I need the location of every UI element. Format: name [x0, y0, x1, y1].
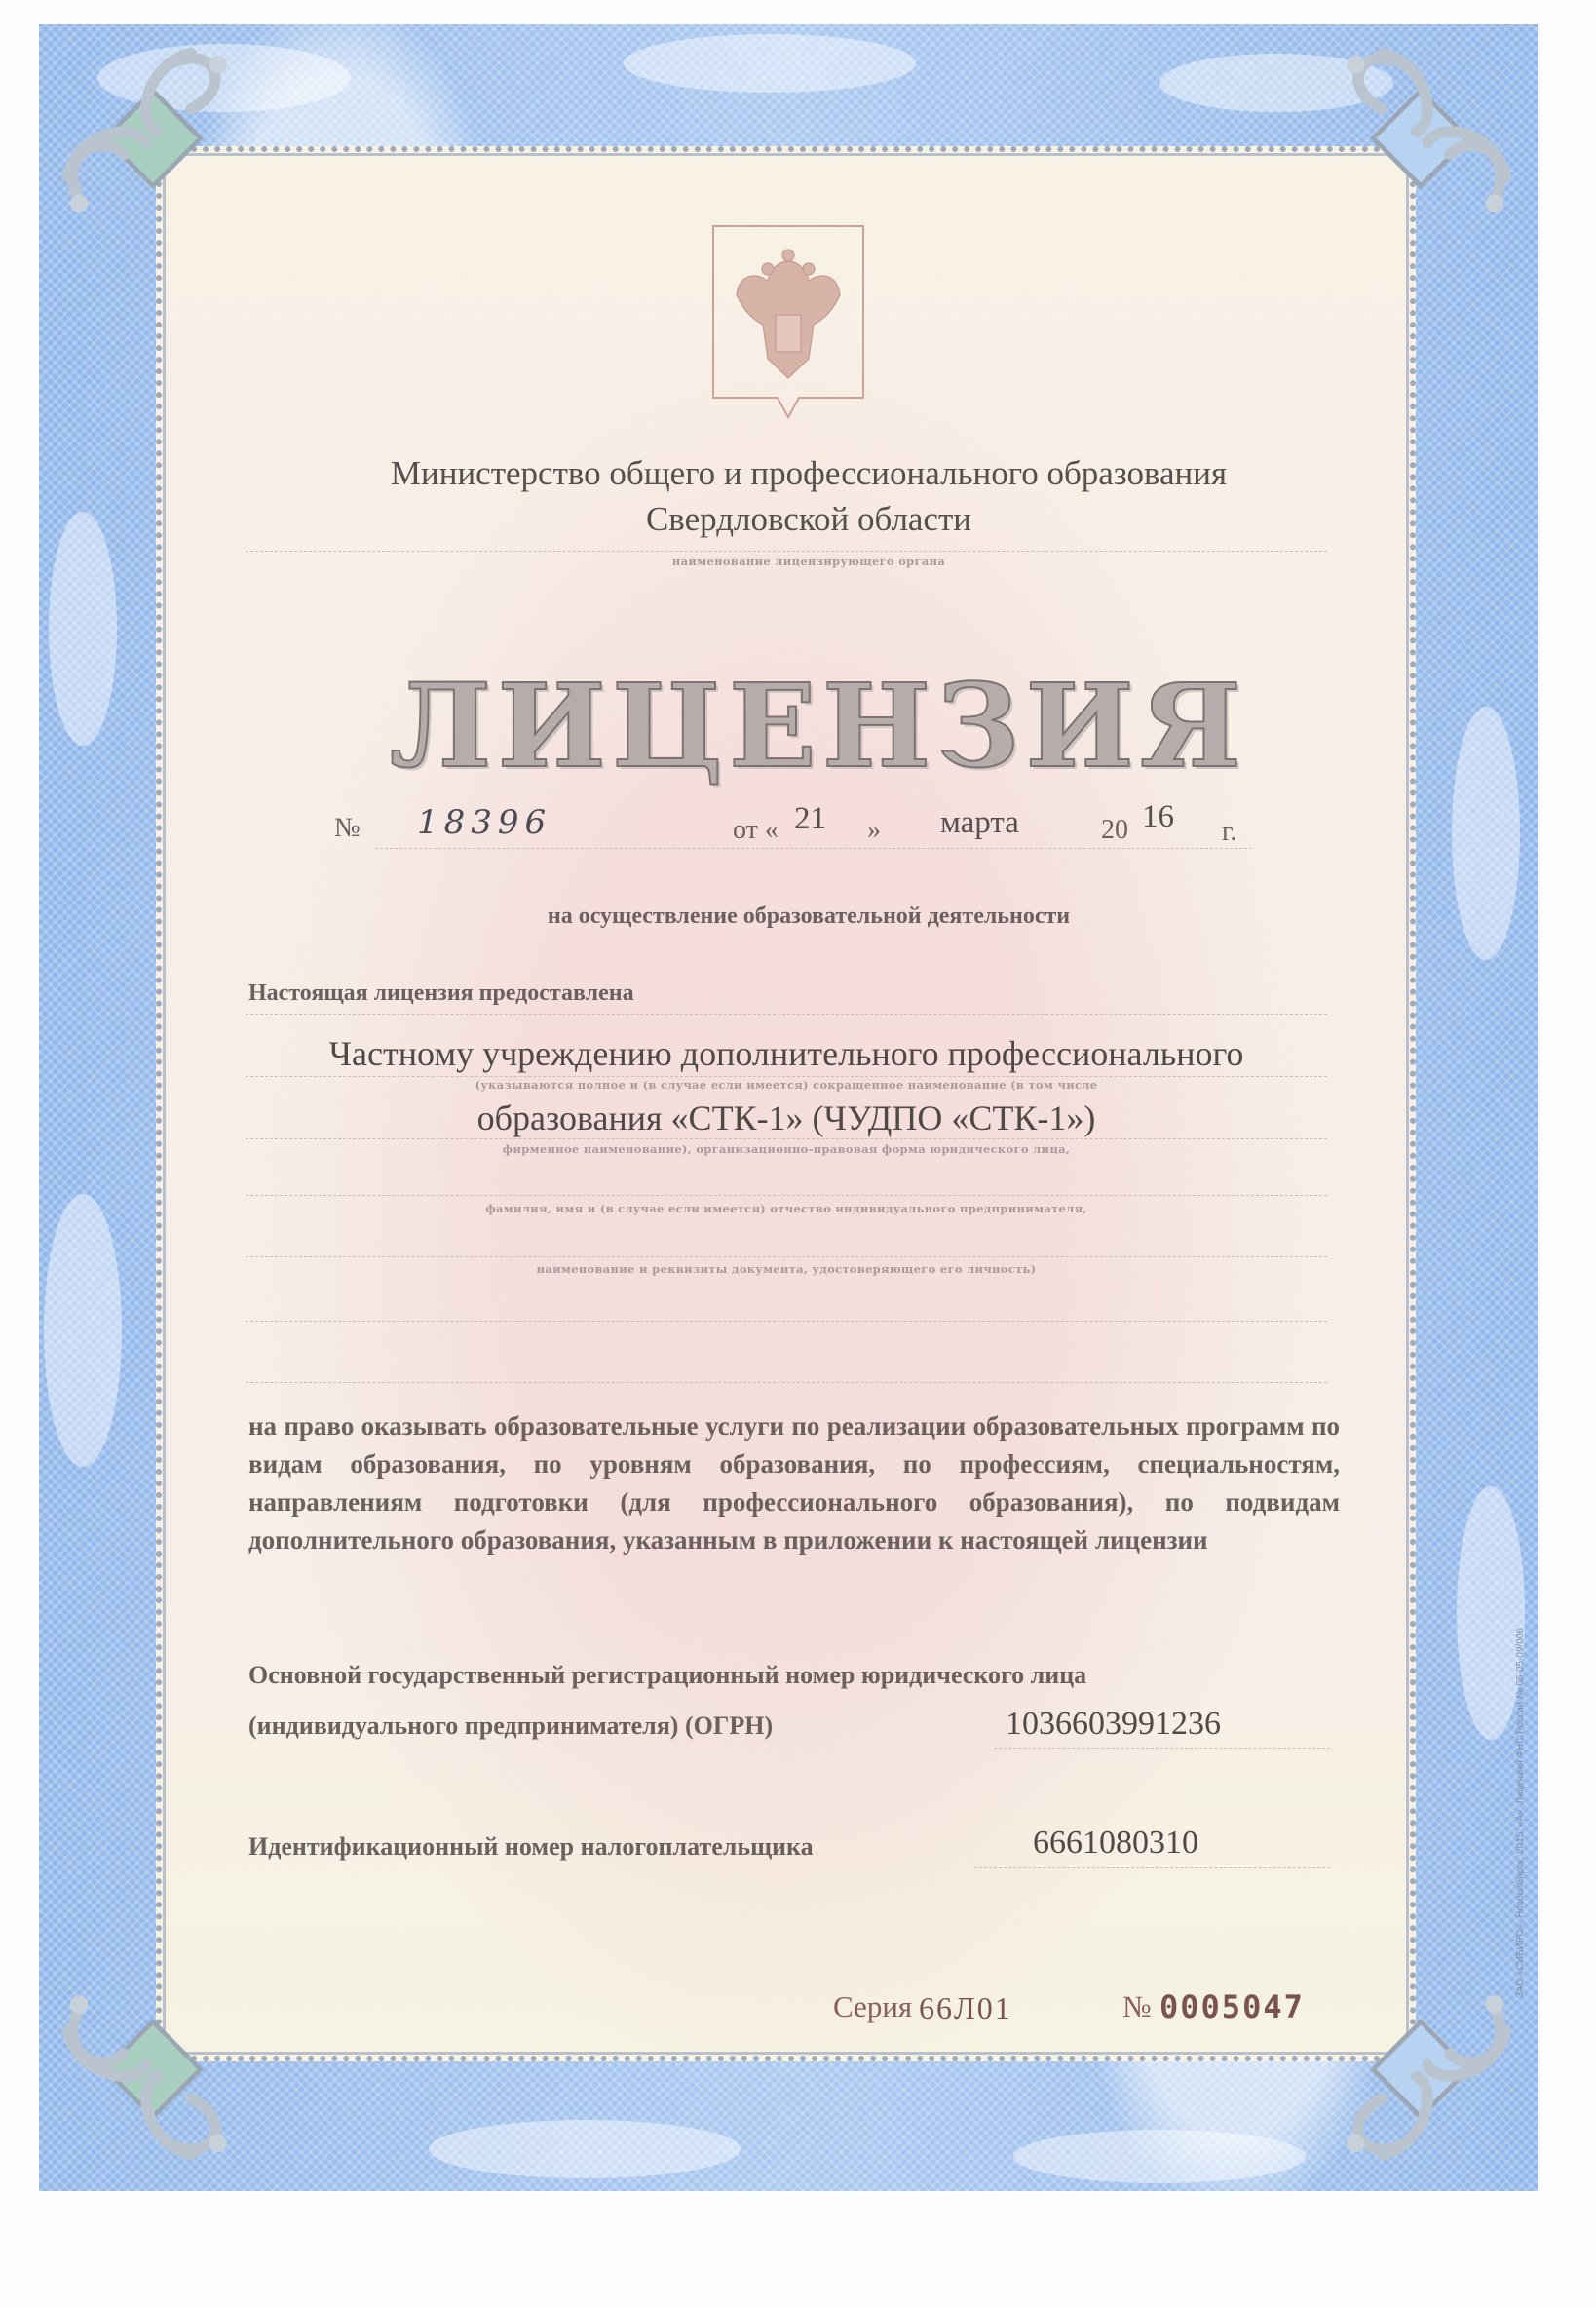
ogrn-label-line-1: Основной государственный регистрационный…	[248, 1661, 1086, 1690]
series-value: 66Л01	[919, 1990, 1012, 2026]
issuer-line-2: Свердловской области	[322, 500, 1296, 539]
license-purpose: на осуществление образовательной деятель…	[322, 904, 1296, 930]
corner-ornament-icon	[1315, 19, 1539, 244]
date-quote-close: »	[867, 815, 881, 846]
organization-name-line-1: Частному учреждению дополнительного проф…	[246, 1033, 1327, 1074]
inn-label: Идентификационный номер налогоплательщик…	[248, 1832, 814, 1862]
caption-name-3: фамилия, имя и (в случае если имеется) о…	[246, 1202, 1327, 1215]
divider	[246, 1256, 1327, 1257]
year-prefix: 20	[1101, 815, 1128, 846]
ogrn-value: 1036603991236	[1006, 1706, 1221, 1743]
granted-to-label: Настоящая лицензия предоставлена	[248, 981, 634, 1007]
corner-ornament-icon	[34, 19, 258, 244]
coat-of-arms-icon	[709, 222, 867, 422]
issuer-line-1: Министерство общего и профессионального …	[322, 454, 1296, 493]
rights-paragraph: на право оказывать образовательные услуг…	[248, 1407, 1340, 1559]
printer-imprint: ЗАО «СИБИРО», Новосибирск, 2015, «А», Ли…	[1515, 1550, 1526, 1998]
year-label: г.	[1222, 817, 1236, 848]
divider	[246, 1382, 1327, 1383]
inn-value: 6661080310	[1033, 1825, 1198, 1862]
divider	[246, 1195, 1327, 1196]
blank-number-value: 0005047	[1159, 1988, 1305, 2025]
divider	[246, 1076, 1327, 1077]
divider	[246, 1138, 1327, 1139]
divider	[994, 1748, 1330, 1749]
date-month: марта	[940, 805, 1019, 841]
date-from-label: от «	[733, 815, 779, 846]
license-number: 18396	[417, 803, 551, 842]
caption-name-4: наименование и реквизиты документа, удос…	[246, 1262, 1327, 1276]
corner-ornament-icon	[1315, 1964, 1539, 2188]
divider	[375, 848, 1252, 849]
caption-name-1: (указываются полное и (в случае если име…	[246, 1078, 1327, 1092]
corner-ornament-icon	[34, 1964, 258, 2188]
caption-name-2: фирменное наименование), организационно-…	[246, 1142, 1327, 1156]
organization-name-line-2: образования «СТК-1» (ЧУДПО «СТК-1»)	[246, 1097, 1327, 1138]
divider	[246, 551, 1327, 552]
date-day: 21	[794, 801, 826, 837]
issuer-caption: наименование лицензирующего органа	[322, 555, 1296, 568]
blank-number-label: №	[1122, 1989, 1152, 2024]
divider	[246, 1321, 1327, 1322]
year-suffix: 16	[1142, 799, 1174, 835]
divider	[246, 1014, 1327, 1015]
number-label: №	[334, 813, 361, 844]
ogrn-label-line-2: (индивидуального предпринимателя) (ОГРН)	[248, 1712, 773, 1741]
divider	[974, 1867, 1330, 1868]
series-label: Серия	[833, 1989, 912, 2024]
document-title: ЛИЦЕНЗИЯ	[390, 658, 1169, 793]
